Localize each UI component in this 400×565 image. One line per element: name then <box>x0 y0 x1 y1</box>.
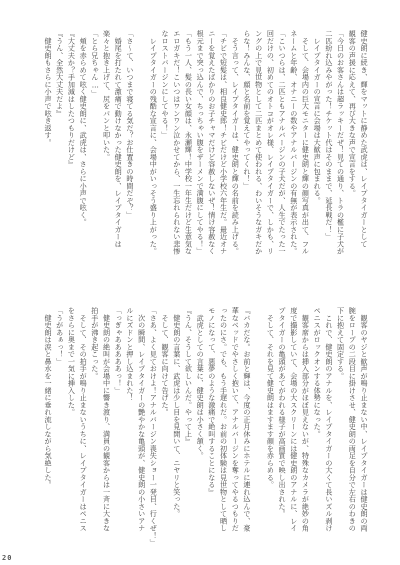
blank-line <box>136 30 148 280</box>
text-line: 「さあ、よく見ておけよ！アナルバージン喪失ショー一発目、行くぜ！」 <box>148 307 160 557</box>
text-line: 「とら兄ちゃん…」 <box>89 30 101 280</box>
text-line: 次の瞬間、レイプタイガーの艶やかな亀頭が、健史朗の小さいアナ <box>136 307 148 557</box>
text-line: ネームと年齢、オナニーの数やアナルバージンの有無が表示された。 <box>288 30 300 280</box>
text-line: 「さ〜て、いつまで寝てる気だ？お仕置きの時間だぞ？」 <box>124 30 136 280</box>
text-line: 観客の声援に応えて、再び大きな声で宣言をする。 <box>347 30 359 280</box>
text-line: 度で撮影していて、会場の大スクリーンには健史朗のアナルに、レイ <box>288 307 300 557</box>
text-line: レイプタイガーの残酷な宣言に、会場中がいっそう盛り上がった。 <box>148 30 160 280</box>
text-line: 健史朗の言葉に、武虎は少し目を見開いて、ニヤリと笑った。 <box>171 307 183 557</box>
text-line: そして、会場内の巨大モニターに健史朗と輝の顔写真が出て、フル <box>300 30 312 280</box>
text-line: そして、それを見て健史朗はますます顔を赤らめる。 <box>265 307 277 557</box>
text-line: ルにズドンと押し込まれた！ <box>124 307 136 557</box>
text-line: 「もう一人、髪の長い女顔は、永瀬輝！中学校一年生だけど生意気な <box>183 30 195 280</box>
text-line: 婚尾を打たれて激痛で動けなかった健史朗を、レイプタイガーは <box>113 30 125 280</box>
text-line: 「チビで短髪は、相良健史郎！チビだけど小学校六年生だ。最近オナ <box>218 30 230 280</box>
text-line: エロガキだ！こいつはワンワン泣かせてから、一生忘れられない悲惨 <box>171 30 183 280</box>
text-line: 「うがあぁっ！」 <box>54 307 66 557</box>
text-line: 『大丈夫か？手加減はしたつもりだけど』 <box>66 30 78 280</box>
text-line: 腕をロープの二段目に掛けさせ、健史朗の両足を自分で左右のわきの <box>347 307 359 557</box>
text-block-bottom: 観客のヤジと歓声が鳴り止まない中、レイプタイガーは健史朗の両 腕をロープの二段目… <box>42 307 370 557</box>
text-line: 頬を赤らめて呟く健史朗に、武虎は、さらに小声で呟く。 <box>77 30 89 280</box>
text-line: 下に抱えて固定する。 <box>335 307 347 557</box>
text-line: なロストバージンにしてやる！」 <box>159 30 171 280</box>
text-line: ったのにさ。でも、もう手遅れだ。お前の初体験は見世物として晒し <box>218 307 230 557</box>
text-line: ニーを覚えたばかりのお子チャマだけど容赦しないぜ！情け容赦なく <box>206 30 218 280</box>
text-line: 「っぎゃあああああっ！」 <box>113 307 125 557</box>
page-number: 20 <box>2 554 12 562</box>
text-line: 『うん、そうして欲しいんだ。やって上』 <box>183 307 195 557</box>
text-block-top: 健史朗に続き、輝をマットに静めた武虎は、レイプタイガーとして 観客の声援に応えて… <box>42 30 370 280</box>
text-line: 拍手が沸き起こった。 <box>89 307 101 557</box>
text-line: 二匹紛れ込みやがった！チケット代はそのままで、延長戦だ！」 <box>323 30 335 280</box>
book-page: 健史朗に続き、輝をマットに静めた武虎は、レイプタイガーとして 観客の声援に応えて… <box>0 0 400 565</box>
text-line: 「こいつらは、二匹ともアナルバージンの子犬だが、人生でたった一 <box>276 30 288 280</box>
text-line: らな！みんな、顔と名前を覚えてやってくれ！」 <box>241 30 253 280</box>
text-line: プタイガーの亀頭があてがわれる様子が高画質で映し出された。 <box>276 307 288 557</box>
text-line: 健史朗は涙と鼻水を一緒に垂れ流しながら気絶した。 <box>42 307 54 557</box>
text-line: 回だけの、初めてのオトコがオレ様、レイプタイガーで、しかも、リ <box>265 30 277 280</box>
text-line: 「今日のお客さんは超ラッキーだぜ！見ての通り、トラの檻に子犬が <box>335 30 347 280</box>
text-line: 華なベッドでやさしく抱いて、アナルバージンを奪ってやるつもりだ <box>230 307 242 557</box>
text-line: ングの上で見世物として二匹まとめて使われる、わいそうなガキだか <box>253 30 265 280</box>
text-line: ペニスがロックオンする体勢になった。 <box>311 307 323 557</box>
text-line: そして、観客に向けて告げた。 <box>159 307 171 557</box>
text-line: これで、健史朗のアナルを、レイプタイガーの大くて長いズル剥け <box>323 307 335 557</box>
text-line: 観客のヤジと歓声が鳴り止まない中、レイプタイガーは健史朗の両 <box>358 307 370 557</box>
text-line: 『バカだな。お前と輝は、今度の正月休みにホテルに連れ込んで、豪 <box>241 307 253 557</box>
blank-line <box>253 307 265 557</box>
text-line: 健史朗に続き、輝をマットに静めた武虎は、レイプタイガーとして <box>358 30 370 280</box>
text-line: そして、その拍手が鳴り止まないうちに、レイプタイガーはペニス <box>77 307 89 557</box>
text-line: レイプタイガーの宣言に会場は大歓声に包まれる。 <box>311 30 323 280</box>
text-line: 健史朗もさらに小声で呟き返す。 <box>42 30 54 280</box>
text-line: 健史朗の絶叫が会場中に響き渡り、満員の観客からは一斉に大きな <box>101 307 113 557</box>
text-line: 武虎としての言葉に、健史朗は小さく頷く。 <box>194 307 206 557</box>
text-line: 『うん、全然大丈夫だよ』 <box>54 30 66 280</box>
text-line: モノになって、悪夢のような激痛で絶叫することになる』 <box>206 307 218 557</box>
text-line: 楽々と抱き上げて、尻をパンと叩いた。 <box>101 30 113 280</box>
text-line: そう言って、レイプタイガーは、健史朗と輝の名前を読み上げる。 <box>230 30 242 280</box>
text-line: 根元まで突っ込んで、ちっちゃい腹をザーメンで満腹にしてやる！」 <box>194 30 206 280</box>
text-line: をさらに奥まで一気に挿入した。 <box>66 307 78 557</box>
text-line: 観客席からは挿入部分がほぼ見えないが、特殊なカメラが絶妙の角 <box>300 307 312 557</box>
